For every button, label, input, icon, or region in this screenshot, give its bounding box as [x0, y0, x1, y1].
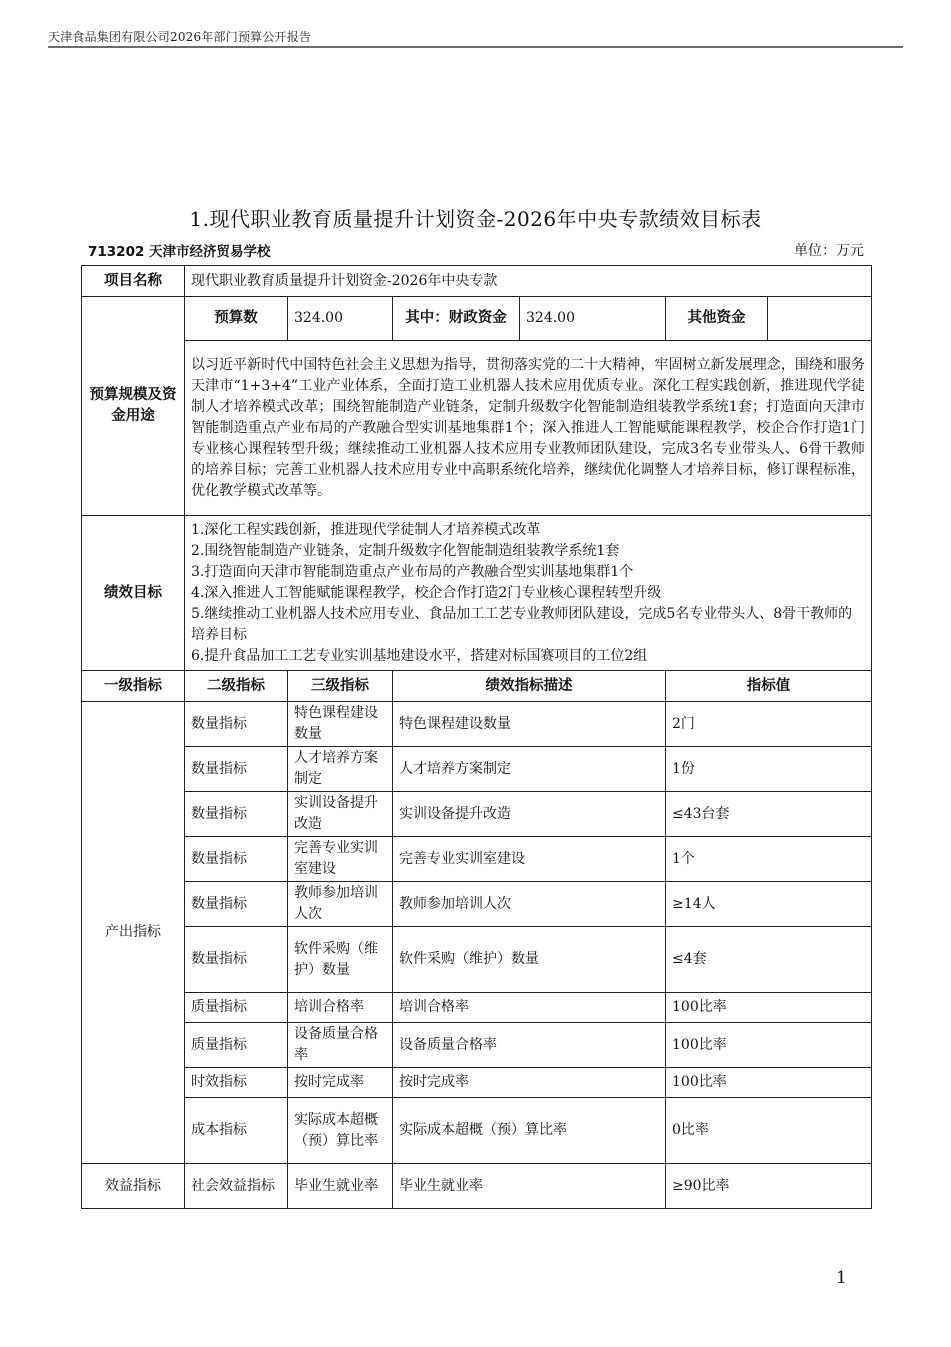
goal-item: 5.继续推动工业机器人技术应用专业、食品加工工艺专业教师团队建设，完成5名专业带…: [191, 604, 865, 646]
col-header-level1: 一级指标: [82, 671, 185, 702]
goal-item: 6.提升食品加工工艺专业实训基地建设水平，搭建对标国赛项目的工位2组: [191, 646, 865, 667]
table-row: 成本指标 实际成本超概（预）算比率 实际成本超概（预）算比率 0比率: [82, 1098, 872, 1164]
value-cell: 100比率: [666, 993, 872, 1023]
table-row: 产出指标 数量指标 特色课程建设数量 特色课程建设数量 2门: [82, 702, 872, 747]
page-number: 1: [836, 1268, 847, 1288]
description-cell: 实际成本超概（预）算比率: [393, 1098, 666, 1164]
description-cell: 特色课程建设数量: [393, 702, 666, 747]
project-name-value: 现代职业教育质量提升计划资金-2026年中央专款: [185, 266, 872, 297]
fund-usage-text: 以习近平新时代中国特色社会主义思想为指导，贯彻落实党的二十大精神，牢固树立新发展…: [185, 341, 872, 516]
level2-cell: 成本指标: [185, 1098, 288, 1164]
description-cell: 实训设备提升改造: [393, 792, 666, 837]
description-cell: 人才培养方案制定: [393, 747, 666, 792]
project-name-label: 项目名称: [82, 266, 185, 297]
col-header-description: 绩效指标描述: [393, 671, 666, 702]
table-row: 数量指标 软件采购（维护）数量 软件采购（维护）数量 ≤4套: [82, 927, 872, 993]
col-header-level2: 二级指标: [185, 671, 288, 702]
budget-row: 预算规模及资金用途 预算数 324.00 其中：财政资金 324.00 其他资金: [82, 297, 872, 341]
description-cell: 完善专业实训室建设: [393, 837, 666, 882]
table-row: 数量指标 教师参加培训人次 教师参加培训人次 ≥14人: [82, 882, 872, 927]
level3-cell: 设备质量合格率: [288, 1023, 393, 1068]
level3-cell: 按时完成率: [288, 1068, 393, 1098]
goal-item: 4.深入推进人工智能赋能课程教学，校企合作打造2门专业核心课程转型升级: [191, 583, 865, 604]
level2-cell: 数量指标: [185, 747, 288, 792]
fiscal-funds-value: 324.00: [520, 297, 666, 341]
value-cell: ≥14人: [666, 882, 872, 927]
document-title: 1.现代职业教育质量提升计划资金-2026年中央专款绩效目标表: [0, 203, 951, 232]
description-cell: 教师参加培训人次: [393, 882, 666, 927]
level2-cell: 社会效益指标: [185, 1164, 288, 1209]
value-cell: 0比率: [666, 1098, 872, 1164]
budget-value: 324.00: [288, 297, 393, 341]
col-header-value: 指标值: [666, 671, 872, 702]
description-cell: 按时完成率: [393, 1068, 666, 1098]
value-cell: 100比率: [666, 1068, 872, 1098]
goal-item: 3.打造面向天津市智能制造重点产业布局的产教融合型实训基地集群1个: [191, 562, 865, 583]
value-cell: 1个: [666, 837, 872, 882]
col-header-level3: 三级指标: [288, 671, 393, 702]
value-cell: ≤43台套: [666, 792, 872, 837]
running-header: 天津食品集团有限公司2026年部门预算公开报告: [48, 28, 311, 45]
level1-output: 产出指标: [82, 702, 185, 1164]
goals-row: 绩效目标 1.深化工程实践创新，推进现代学徒制人才培养模式改革 2.围绕智能制造…: [82, 516, 872, 671]
value-cell: 100比率: [666, 1023, 872, 1068]
level3-cell: 实际成本超概（预）算比率: [288, 1098, 393, 1164]
level2-cell: 时效指标: [185, 1068, 288, 1098]
description-cell: 软件采购（维护）数量: [393, 927, 666, 993]
level2-cell: 数量指标: [185, 702, 288, 747]
performance-target-table: 项目名称 现代职业教育质量提升计划资金-2026年中央专款 预算规模及资金用途 …: [81, 265, 872, 1209]
level2-cell: 数量指标: [185, 927, 288, 993]
subheader-row: 713202 天津市经济贸易学校 单位：万元: [88, 240, 864, 260]
goal-item: 2.围绕智能制造产业链条，定制升级数字化智能制造组装教学系统1套: [191, 541, 865, 562]
fiscal-funds-label: 其中：财政资金: [393, 297, 520, 341]
table-row: 质量指标 设备质量合格率 设备质量合格率 100比率: [82, 1023, 872, 1068]
header-divider: [48, 46, 903, 48]
level3-cell: 特色课程建设数量: [288, 702, 393, 747]
table-row: 数量指标 实训设备提升改造 实训设备提升改造 ≤43台套: [82, 792, 872, 837]
goals-label: 绩效目标: [82, 516, 185, 671]
table-row: 时效指标 按时完成率 按时完成率 100比率: [82, 1068, 872, 1098]
level3-cell: 实训设备提升改造: [288, 792, 393, 837]
description-cell: 毕业生就业率: [393, 1164, 666, 1209]
value-cell: ≤4套: [666, 927, 872, 993]
value-cell: 1份: [666, 747, 872, 792]
other-funds-value: [768, 297, 872, 341]
description-cell: 培训合格率: [393, 993, 666, 1023]
level2-cell: 质量指标: [185, 993, 288, 1023]
value-cell: ≥90比率: [666, 1164, 872, 1209]
value-cell: 2门: [666, 702, 872, 747]
level2-cell: 数量指标: [185, 837, 288, 882]
other-funds-label: 其他资金: [666, 297, 768, 341]
description-cell: 设备质量合格率: [393, 1023, 666, 1068]
table-row: 质量指标 培训合格率 培训合格率 100比率: [82, 993, 872, 1023]
budget-label: 预算数: [185, 297, 288, 341]
table-row: 数量指标 人才培养方案制定 人才培养方案制定 1份: [82, 747, 872, 792]
level2-cell: 质量指标: [185, 1023, 288, 1068]
level3-cell: 完善专业实训室建设: [288, 837, 393, 882]
level3-cell: 软件采购（维护）数量: [288, 927, 393, 993]
level3-cell: 教师参加培训人次: [288, 882, 393, 927]
project-name-row: 项目名称 现代职业教育质量提升计划资金-2026年中央专款: [82, 266, 872, 297]
goals-list: 1.深化工程实践创新，推进现代学徒制人才培养模式改革 2.围绕智能制造产业链条，…: [185, 516, 872, 671]
level1-benefit: 效益指标: [82, 1164, 185, 1209]
level2-cell: 数量指标: [185, 792, 288, 837]
indicator-header-row: 一级指标 二级指标 三级指标 绩效指标描述 指标值: [82, 671, 872, 702]
level3-cell: 毕业生就业率: [288, 1164, 393, 1209]
organization-code: 713202 天津市经济贸易学校: [88, 240, 271, 260]
table-row: 数量指标 完善专业实训室建设 完善专业实训室建设 1个: [82, 837, 872, 882]
usage-row: 以习近平新时代中国特色社会主义思想为指导，贯彻落实党的二十大精神，牢固树立新发展…: [82, 341, 872, 516]
level3-cell: 培训合格率: [288, 993, 393, 1023]
level3-cell: 人才培养方案制定: [288, 747, 393, 792]
level2-cell: 数量指标: [185, 882, 288, 927]
budget-section-label: 预算规模及资金用途: [82, 297, 185, 516]
table-row: 效益指标 社会效益指标 毕业生就业率 毕业生就业率 ≥90比率: [82, 1164, 872, 1209]
goal-item: 1.深化工程实践创新，推进现代学徒制人才培养模式改革: [191, 520, 865, 541]
unit-label: 单位：万元: [794, 240, 864, 260]
